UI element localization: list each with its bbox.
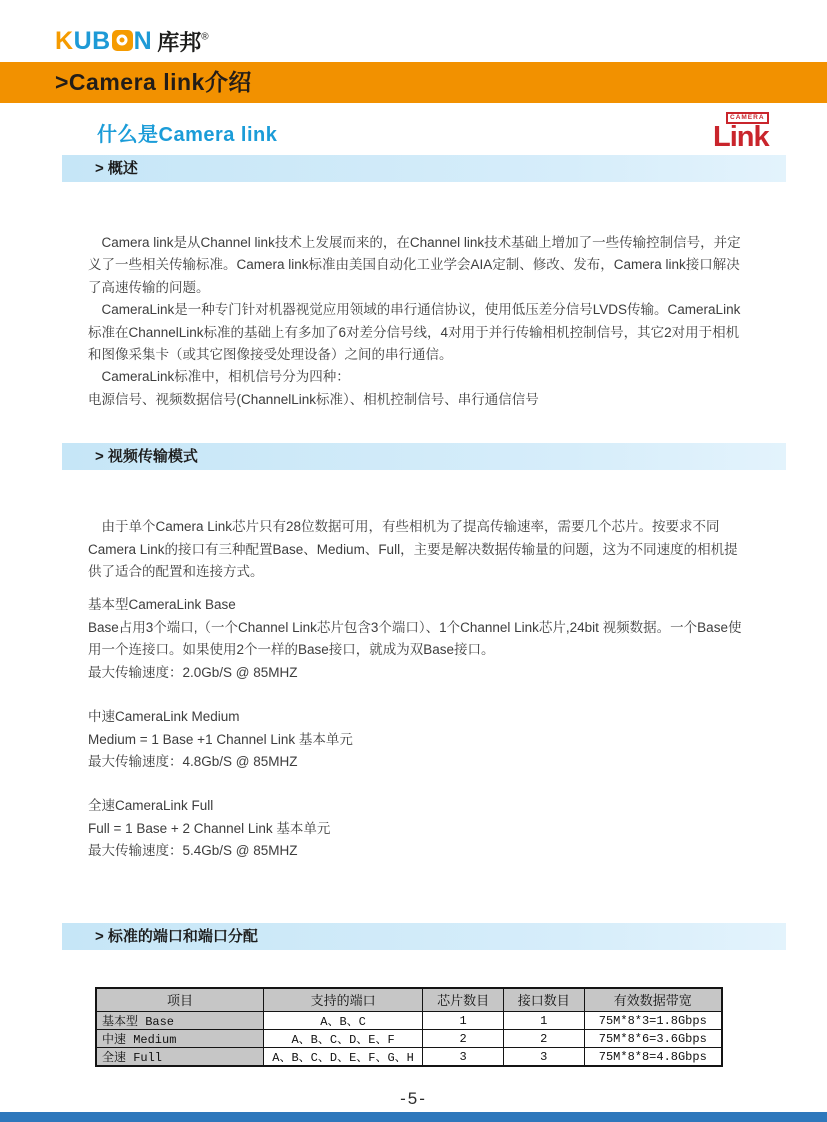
kubon-target-ring (117, 35, 128, 46)
kubon-logo: KUBN库邦® (0, 0, 827, 62)
medium-mode-paragraph: 中速CameraLink Medium Medium = 1 Base +1 C… (88, 692, 750, 773)
logo-letters-ub: UB (74, 27, 111, 55)
cameralink-logo: Link CAMERA (713, 112, 779, 154)
page-number: -5- (0, 1089, 827, 1109)
table-row-base: 基本型 Base A、B、C 1 1 75M*8*3=1.8Gbps (96, 1012, 722, 1030)
full-mode-paragraph: 全速CameraLink Full Full = 1 Base + 2 Chan… (88, 781, 750, 862)
col-header-chips: 芯片数目 (423, 988, 504, 1012)
cell-ports: A、B、C、D、E、F、G、H (263, 1048, 422, 1067)
section-header-video-modes: > 视频传输模式 (62, 443, 786, 470)
cell-chips: 1 (423, 1012, 504, 1030)
section-header-overview: > 概述 (62, 155, 786, 182)
base-mode-paragraph: 基本型CameraLink Base Base占用3个端口,（一个Channel… (88, 594, 750, 684)
kubon-target-icon (112, 30, 133, 51)
cell-item: 全速 Full (96, 1048, 263, 1067)
cell-ports: A、B、C (263, 1012, 422, 1030)
logo-letter-k: K (55, 27, 74, 55)
cell-interfaces: 2 (503, 1030, 584, 1048)
cell-interfaces: 3 (503, 1048, 584, 1067)
registered-mark: ® (201, 31, 208, 42)
cell-interfaces: 1 (503, 1012, 584, 1030)
col-header-item: 项目 (96, 988, 263, 1012)
cell-ports: A、B、C、D、E、F (263, 1030, 422, 1048)
intro-heading: 什么是Camera link (97, 118, 277, 147)
video-modes-intro-paragraph: 由于单个Camera Link芯片只有28位数据可用，有些相机为了提高传输速率，… (88, 516, 750, 583)
section-header-port-allocation: > 标准的端口和端口分配 (62, 923, 786, 950)
footer-bar (0, 1112, 827, 1122)
intro-row: 什么是Camera link Link CAMERA (97, 110, 779, 155)
col-header-bandwidth: 有效数据带宽 (584, 988, 722, 1012)
page-title-banner: >Camera link介绍 (0, 62, 827, 103)
cameralink-logo-camera-text: CAMERA (726, 112, 769, 125)
logo-letter-n: N (134, 27, 153, 55)
table-row-medium: 中速 Medium A、B、C、D、E、F 2 2 75M*8*6=3.6Gbp… (96, 1030, 722, 1048)
logo-chinese-name: 库邦 (157, 30, 201, 55)
col-header-ports: 支持的端口 (263, 988, 422, 1012)
cell-item: 基本型 Base (96, 1012, 263, 1030)
table-header-row: 项目 支持的端口 芯片数目 接口数目 有效数据带宽 (96, 988, 722, 1012)
col-header-interfaces: 接口数目 (503, 988, 584, 1012)
ports-table: 项目 支持的端口 芯片数目 接口数目 有效数据带宽 基本型 Base A、B、C… (95, 987, 723, 1068)
cell-chips: 2 (423, 1030, 504, 1048)
cameralink-logo-link-text: Link (713, 121, 769, 154)
cell-bandwidth: 75M*8*3=1.8Gbps (584, 1012, 722, 1030)
overview-paragraph: Camera link是从Channel link技术上发展而来的，在Chann… (88, 232, 750, 411)
cell-bandwidth: 75M*8*6=3.6Gbps (584, 1030, 722, 1048)
cell-chips: 3 (423, 1048, 504, 1067)
cell-bandwidth: 75M*8*8=4.8Gbps (584, 1048, 722, 1067)
page-title: >Camera link介绍 (55, 69, 252, 95)
cell-item: 中速 Medium (96, 1030, 263, 1048)
table-row-full: 全速 Full A、B、C、D、E、F、G、H 3 3 75M*8*8=4.8G… (96, 1048, 722, 1067)
page-header: KUBN库邦® >Camera link介绍 (0, 0, 827, 103)
